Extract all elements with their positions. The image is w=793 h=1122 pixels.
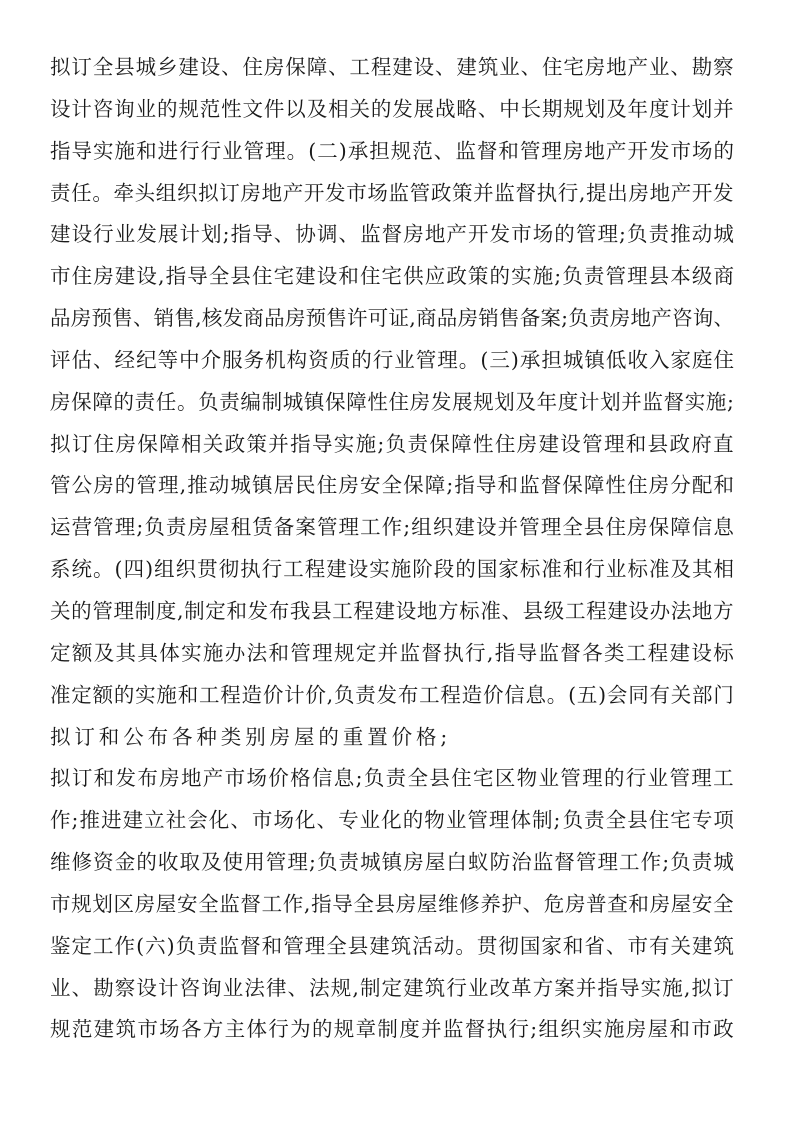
document-page: 拟订全县城乡建设、住房保障、工程建设、建筑业、住宅房地产业、勘察 设计咨询业的规… — [50, 47, 734, 1051]
text-line-21: 市规划区房屋安全监督工作,指导全县房屋维修养护、危房普查和房屋安全 — [50, 884, 734, 926]
text-line-7: 品房预售、销售,核发商品房预售许可证,商品房销售备案;负责房地产咨询、 — [50, 298, 734, 340]
text-line-23: 业、勘察设计咨询业法律、法规,制定建筑行业改革方案并指导实施,拟订 — [50, 968, 734, 1010]
text-line-11: 管公房的管理,推动城镇居民住房安全保障;指导和监督保障性住房分配和 — [50, 465, 734, 507]
text-line-14: 关的管理制度,制定和发布我县工程建设地方标准、县级工程建设办法地方 — [50, 591, 734, 633]
text-line-18: 拟订和发布房地产市场价格信息;负责全县住宅区物业管理的行业管理工 — [50, 758, 734, 800]
text-line-1: 拟订全县城乡建设、住房保障、工程建设、建筑业、住宅房地产业、勘察 — [50, 47, 734, 89]
text-line-20: 维修资金的收取及使用管理;负责城镇房屋白蚁防治监督管理工作;负责城 — [50, 842, 734, 884]
text-line-15: 定额及其具体实施办法和管理规定并监督执行,指导监督各类工程建设标 — [50, 633, 734, 675]
text-line-3: 指导实施和进行行业管理。(二)承担规范、监督和管理房地产开发市场的 — [50, 131, 734, 173]
text-line-13: 系统。(四)组织贯彻执行工程建设实施阶段的国家标准和行业标准及其相 — [50, 549, 734, 591]
text-line-12: 运营管理;负责房屋租赁备案管理工作;组织建设并管理全县住房保障信息 — [50, 507, 734, 549]
text-line-5: 建设行业发展计划;指导、协调、监督房地产开发市场的管理;负责推动城 — [50, 214, 734, 256]
text-line-8: 评估、经纪等中介服务机构资质的行业管理。(三)承担城镇低收入家庭住 — [50, 340, 734, 382]
text-line-16: 准定额的实施和工程造价计价,负责发布工程造价信息。(五)会同有关部门 — [50, 675, 734, 717]
text-line-4: 责任。牵头组织拟订房地产开发市场监管政策并监督执行,提出房地产开发 — [50, 173, 734, 215]
text-line-24: 规范建筑市场各方主体行为的规章制度并监督执行;组织实施房屋和市政 — [50, 1009, 734, 1051]
text-line-10: 拟订住房保障相关政策并指导实施;负责保障性住房建设管理和县政府直 — [50, 424, 734, 466]
text-line-9: 房保障的责任。负责编制城镇保障性住房发展规划及年度计划并监督实施; — [50, 382, 734, 424]
text-line-17: 拟订和公布各种类别房屋的重置价格; — [50, 717, 734, 759]
text-line-2: 设计咨询业的规范性文件以及相关的发展战略、中长期规划及年度计划并 — [50, 89, 734, 131]
text-line-22: 鉴定工作(六)负责监督和管理全县建筑活动。贯彻国家和省、市有关建筑 — [50, 926, 734, 968]
text-line-6: 市住房建设,指导全县住宅建设和住宅供应政策的实施;负责管理县本级商 — [50, 256, 734, 298]
text-line-19: 作;推进建立社会化、市场化、专业化的物业管理体制; 负责全县住宅专项 — [50, 800, 734, 842]
